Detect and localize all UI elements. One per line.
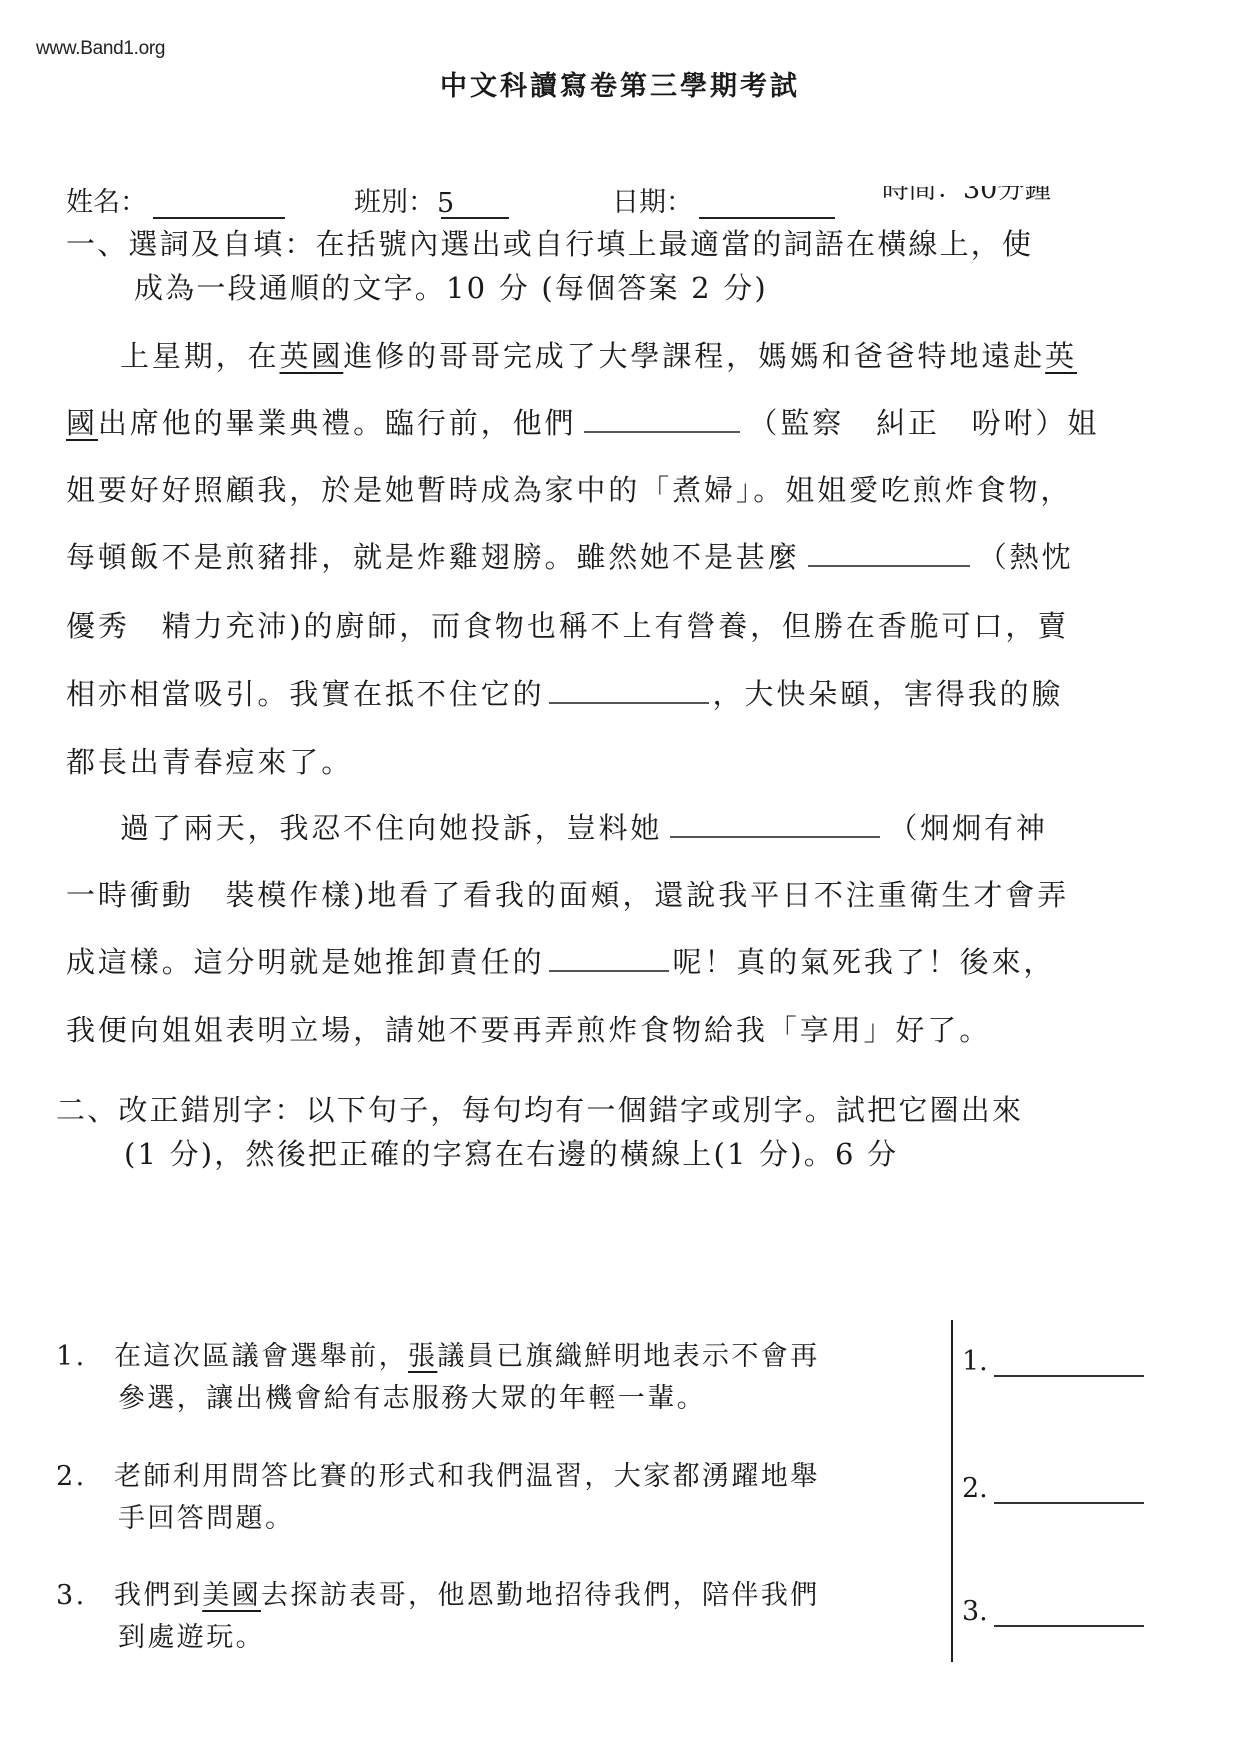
answer-column-divider xyxy=(951,1320,953,1662)
class-blank[interactable]: 5 xyxy=(441,193,509,219)
answer-label: 1. xyxy=(962,1346,988,1377)
text: 參選，讓出機會給有志服務大眾的年輕一輩。 xyxy=(56,1378,820,1420)
time-label: 時間：30分鐘 xyxy=(882,186,1051,201)
options-text: （炯炯有神 xyxy=(888,811,1048,845)
item-number: 1. xyxy=(56,1336,114,1378)
section1-heading-line1: 一、選詞及自填：在括號內選出或自行填上最適當的詞語在橫線上，使 xyxy=(66,227,1033,261)
passage-line-3: 姐要好好照顧我，於是她暫時成為家中的「煮婦」。姐姐愛吃煎炸食物， xyxy=(66,468,1072,509)
underlined-place: 英國 xyxy=(280,339,344,373)
class-field: 班別： 5 xyxy=(354,180,509,219)
underlined-place: 國 xyxy=(66,406,98,440)
answer-label: 2. xyxy=(962,1473,988,1504)
underlined-name: 張 xyxy=(408,1341,437,1372)
passage-line-8: 過了兩天，我忍不住向她投訴，豈料她（炯炯有神 xyxy=(120,806,1048,847)
answer-input-2[interactable] xyxy=(994,1484,1144,1504)
text: 議員已旗織鮮明地表示不會再 xyxy=(437,1341,819,1372)
answer-blank-4[interactable] xyxy=(670,812,880,838)
section1-heading: 一、選詞及自填：在括號內選出或自行填上最適當的詞語在橫線上，使 成為一段通順的文… xyxy=(66,222,1033,310)
text: 出席他的畢業典禮。臨行前，他們 xyxy=(98,406,577,440)
item-number: 3. xyxy=(56,1575,114,1617)
section1-heading-line2: 成為一段通順的文字。10 分 (每個答案 2 分) xyxy=(66,266,1033,310)
text: 上星期，在 xyxy=(120,339,280,373)
text: 相亦相當吸引。我實在抵不住它的 xyxy=(66,677,545,711)
section2-heading-line1: 二、改正錯別字：以下句子，每句均有一個錯字或別字。試把它圈出來 xyxy=(56,1093,1023,1127)
name-blank[interactable] xyxy=(153,193,285,219)
text: 優秀 精力充沛)的廚師，而食物也稱不上有營養，但勝在香脆可口，賣 xyxy=(66,609,1069,643)
answer-blank-2[interactable] xyxy=(808,541,970,567)
text: 都長出青春痘來了。 xyxy=(66,745,353,779)
section2-heading-line2: (1 分)，然後把正確的字寫在右邊的橫線上(1 分)。6 分 xyxy=(56,1132,1023,1176)
text: 過了兩天，我忍不住向她投訴，豈料她 xyxy=(120,811,662,845)
correction-item-2: 2.老師利用問答比賽的形式和我們温習，大家都湧躍地舉 手回答問題。 xyxy=(56,1456,820,1540)
answer-line-2: 2. xyxy=(962,1473,1144,1504)
text: 老師利用問答比賽的形式和我們温習，大家都湧躍地舉 xyxy=(114,1461,820,1492)
answer-input-1[interactable] xyxy=(994,1357,1144,1377)
text: 進修的哥哥完成了大學課程，媽媽和爸爸特地遠赴 xyxy=(343,339,1045,373)
text: 姐要好好照顧我，於是她暫時成為家中的「煮婦」。姐姐愛吃煎炸食物， xyxy=(66,473,1072,507)
text: 一時衝動 裝模作樣)地看了看我的面頰，還說我平日不注重衛生才會弄 xyxy=(66,878,1069,912)
date-label: 日期： xyxy=(612,180,693,219)
date-field: 日期： xyxy=(612,180,835,219)
date-blank[interactable] xyxy=(699,193,835,219)
underlined-place: 英 xyxy=(1045,339,1077,373)
passage-line-4: 每頓飯不是煎豬排，就是炸雞翅膀。雖然她不是甚麼（熱忱 xyxy=(66,535,1073,576)
name-label: 姓名： xyxy=(66,180,147,219)
text: 我便向姐姐表明立場，請她不要再弄煎炸食物給我「享用」好了。 xyxy=(66,1013,991,1047)
text: 我們到 xyxy=(114,1580,202,1611)
answer-label: 3. xyxy=(962,1596,988,1627)
item-number: 2. xyxy=(56,1456,114,1498)
underlined-place: 美國 xyxy=(202,1580,261,1611)
correction-item-1: 1.在這次區議會選舉前，張議員已旗織鮮明地表示不會再 參選，讓出機會給有志服務大… xyxy=(56,1336,820,1420)
text: 每頓飯不是煎豬排，就是炸雞翅膀。雖然她不是甚麼 xyxy=(66,540,800,574)
passage-line-5: 優秀 精力充沛)的廚師，而食物也稱不上有營養，但勝在香脆可口，賣 xyxy=(66,604,1069,645)
answer-line-1: 1. xyxy=(962,1346,1144,1377)
class-label: 班別： xyxy=(354,180,435,219)
options-text: （熱忱 xyxy=(978,540,1074,574)
passage-line-11: 我便向姐姐表明立場，請她不要再弄煎炸食物給我「享用」好了。 xyxy=(66,1008,991,1049)
answer-input-3[interactable] xyxy=(994,1607,1144,1627)
text: ，大快朵頤，害得我的臉 xyxy=(713,677,1064,711)
answer-line-3: 3. xyxy=(962,1596,1144,1627)
correction-item-3: 3.我們到美國去探訪表哥，他恩勤地招待我們，陪伴我們 到處遊玩。 xyxy=(56,1575,820,1659)
passage-line-2: 國出席他的畢業典禮。臨行前，他們（監察 糾正 吩咐）姐 xyxy=(66,401,1099,442)
section2-heading: 二、改正錯別字：以下句子，每句均有一個錯字或別字。試把它圈出來 (1 分)，然後… xyxy=(56,1088,1023,1176)
answer-blank-3[interactable] xyxy=(549,678,709,704)
options-text: （監察 糾正 吩咐）姐 xyxy=(748,406,1099,440)
passage-line-6: 相亦相當吸引。我實在抵不住它的，大快朵頤，害得我的臉 xyxy=(66,672,1063,713)
text: 成這樣。這分明就是她推卸責任的 xyxy=(66,945,545,979)
passage-line-9: 一時衝動 裝模作樣)地看了看我的面頰，還說我平日不注重衛生才會弄 xyxy=(66,873,1069,914)
exam-title: 中文科讀寫卷第三學期考試 xyxy=(0,64,1240,103)
text: 呢！真的氣死我了！後來， xyxy=(673,945,1056,979)
passage-line-7: 都長出青春痘來了。 xyxy=(66,740,353,781)
name-field: 姓名： xyxy=(66,180,285,219)
text: 在這次區議會選舉前， xyxy=(114,1341,408,1372)
watermark: www.Band1.org xyxy=(36,38,165,60)
passage-line-10: 成這樣。這分明就是她推卸責任的呢！真的氣死我了！後來， xyxy=(66,940,1055,981)
answer-blank-5[interactable] xyxy=(549,946,669,972)
text: 手回答問題。 xyxy=(56,1498,820,1540)
text: 去探訪表哥，他恩勤地招待我們，陪伴我們 xyxy=(261,1580,820,1611)
time-field: 時間：30分鐘 xyxy=(882,186,1051,208)
class-value: 5 xyxy=(437,188,454,219)
passage-line-1: 上星期，在英國進修的哥哥完成了大學課程，媽媽和爸爸特地遠赴英 xyxy=(120,334,1077,375)
text: 到處遊玩。 xyxy=(56,1617,820,1659)
answer-blank-1[interactable] xyxy=(584,407,740,433)
